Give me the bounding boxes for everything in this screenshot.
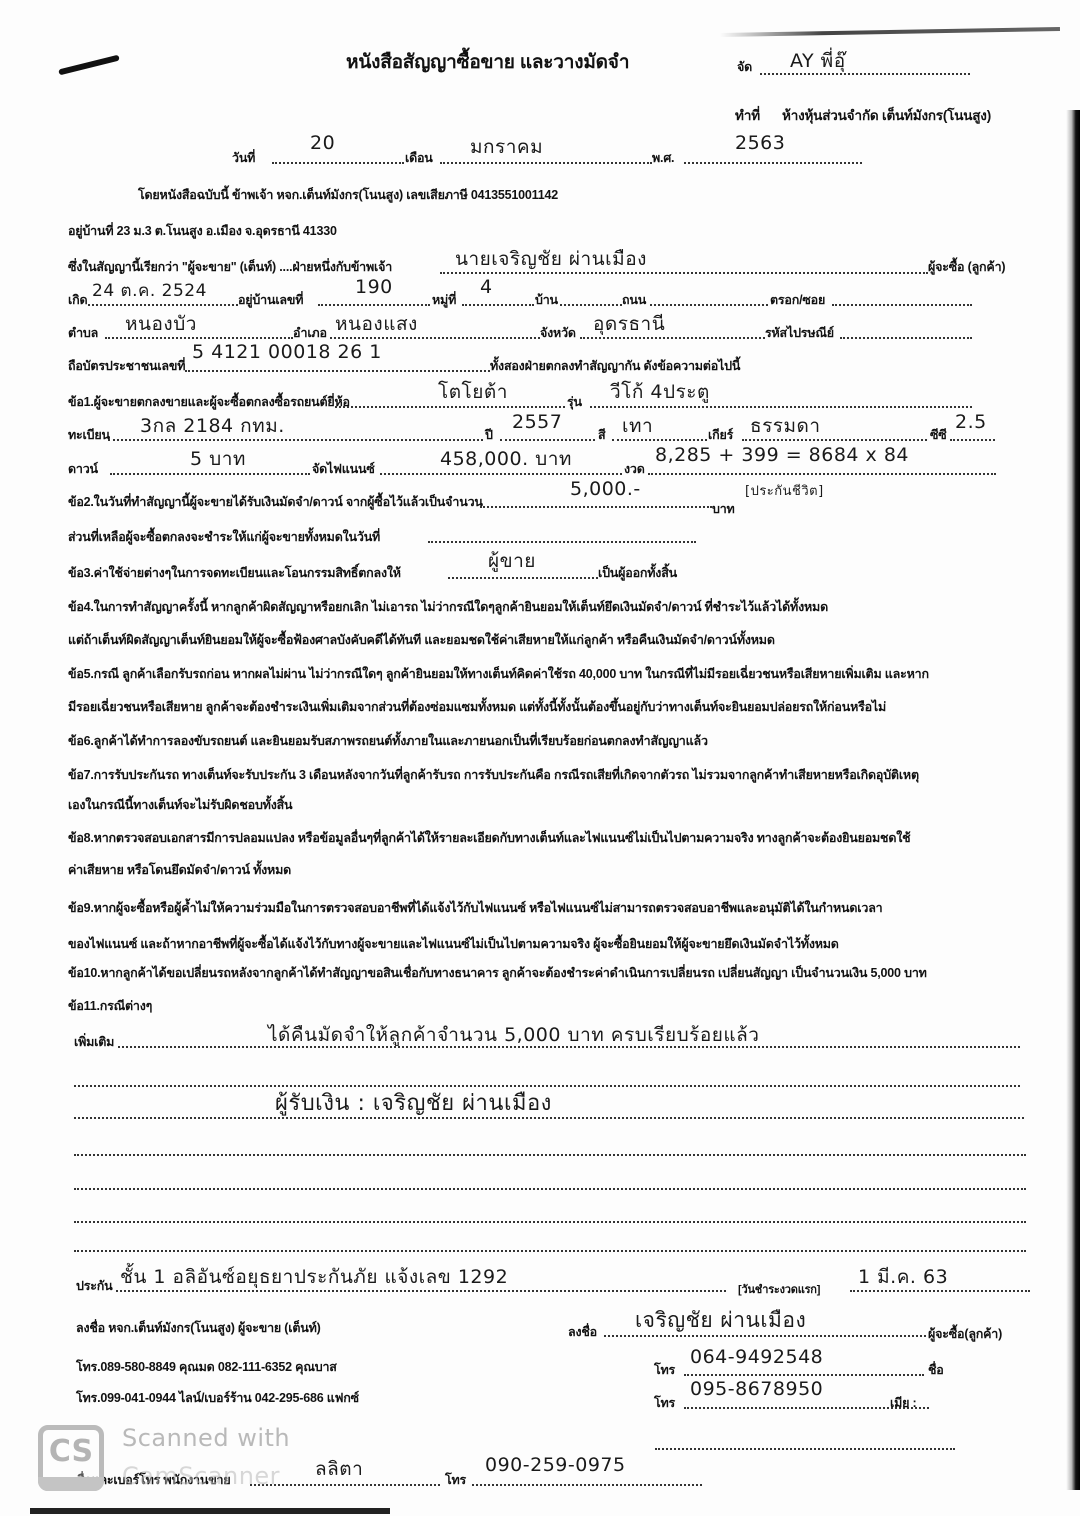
postcode-label: รหัสไปรษณีย์ — [765, 323, 834, 343]
clause-4-line-2: แต่ถ้าเต็นท์ผิดสัญญาเต็นท์ยินยอมให้ผู้จะ… — [68, 630, 775, 650]
clause-11: ข้อ11.กรณีต่างๆ — [68, 996, 152, 1016]
buyer-tel-label-1: โทร — [654, 1360, 675, 1380]
moo-value: 4 — [480, 276, 493, 298]
month-label: เดือน — [405, 148, 433, 168]
remaining-line — [428, 541, 696, 543]
fees-payer: ผู้ขาย — [488, 546, 536, 576]
shop-contact-line-2: โทร.099-041-0944 ไลน์/เบอร์ร้าน 042-295-… — [76, 1388, 359, 1408]
day-line — [272, 162, 404, 164]
deposit-amount: 5,000.- — [570, 478, 641, 500]
installment-label: งวด — [624, 459, 645, 479]
additional-line-7 — [74, 1250, 1026, 1252]
buyer-tel-line-1 — [684, 1374, 924, 1376]
salesperson-tel-label: โทร — [445, 1470, 466, 1490]
house-no-label: อยู่บ้านเลขที่ — [238, 290, 303, 310]
alley-label: ตรอก/ซอย — [770, 290, 825, 310]
district-label: อำเภอ — [293, 323, 327, 343]
seller-role-text: ซึ่งในสัญญานี้เรียกว่า "ผู้จะขาย" (เต็นท… — [68, 257, 392, 277]
house-no-line — [318, 304, 430, 306]
id-number: 5 4121 00018 26 1 — [192, 341, 382, 363]
id-line — [185, 370, 490, 372]
buyer-tel-1: 064-9492548 — [690, 1346, 823, 1368]
year-line — [684, 162, 862, 164]
additional-label: เพิ่มเติม — [74, 1032, 114, 1052]
first-payment-label: [วันชำระงวดแรก] — [738, 1280, 820, 1298]
clause-1-label: ข้อ1.ผู้จะขายตกลงขายและผู้จะซื้อตกลงซื้อ… — [68, 392, 350, 412]
vehicle-gear: ธรรมดา — [750, 411, 821, 441]
clause-10: ข้อ10.หากลูกค้าได้ขอเปลี่ยนรถหลังจากลูกค… — [68, 963, 927, 983]
finance-value: 458,000. บาท — [440, 444, 572, 474]
year-vehicle-label: ปี — [485, 425, 493, 445]
color-label: สี — [598, 425, 605, 445]
year-label: พ.ศ. — [652, 148, 674, 168]
village-label: บ้าน — [535, 290, 558, 310]
buyer-name: นายเจริญชัย ผ่านเมือง — [455, 244, 647, 274]
clause-5-line-2: มีรอยเฉี่ยวชนหรือเสียหาย ลูกค้าจะต้องชำร… — [68, 697, 886, 717]
watermark-line-2: CamScanner — [122, 1462, 280, 1490]
road-line — [650, 304, 768, 306]
vehicle-color: เทา — [622, 411, 653, 441]
cc-label: ซีซี — [930, 425, 947, 445]
watermark-line-1: Scanned with — [122, 1424, 290, 1452]
seller-intro: โดยหนังสือฉบับนี้ ข้าพเจ้า หจก.เต็นท์มัง… — [138, 185, 558, 205]
district-value: หนองแสง — [335, 309, 418, 339]
vehicle-model: วีโก้ 4ประตู — [610, 377, 710, 407]
month-line — [440, 162, 652, 164]
clause-7-line-2: เองในกรณีนี้ทางเต็นท์จะไม่รับผิดชอบทั้งส… — [68, 795, 292, 815]
finance-label: จัดไฟแนนซ์ — [312, 459, 375, 479]
buyer-role: ผู้จะซื้อ(ลูกค้า) — [928, 1324, 1002, 1344]
road-label: ถนน — [622, 290, 646, 310]
day-value: 20 — [310, 132, 335, 154]
house-no-value: 190 — [355, 276, 393, 298]
salesperson-name: ลลิตา — [315, 1454, 363, 1484]
buyer-tel-1-suffix: ชื่อ — [928, 1360, 944, 1380]
additional-line-5 — [74, 1188, 1026, 1190]
village-line — [560, 304, 622, 306]
birth-value: 24 ต.ค. 2524 — [92, 277, 207, 304]
deposit-line — [480, 506, 712, 508]
clause-9-line-1: ข้อ9.หากผู้จะซื้อหรือผู้ค้ำไม่ให้ความร่ว… — [68, 898, 882, 918]
installment-value: 8,285 + 399 = 8684 x 84 — [655, 444, 909, 466]
place-label: ทำที่ — [735, 104, 760, 126]
clause-2-label: ข้อ2.ในวันที่ทำสัญญานี้ผู้จะขายได้รับเงิ… — [68, 492, 483, 512]
province-value: อุดรธานี — [593, 309, 665, 339]
agreement-text: ทั้งสองฝ่ายตกลงทำสัญญากัน ดังข้อความต่อไ… — [490, 356, 740, 376]
additional-note-1: ได้คืนมัดจำให้ลูกค้าจำนวน 5,000 บาท ครบเ… — [268, 1020, 759, 1050]
plate-label: ทะเบียน — [68, 425, 110, 445]
extra-line — [655, 1448, 955, 1450]
document-title: หนังสือสัญญาซื้อขาย และวางมัดจำ — [346, 47, 629, 77]
additional-line-6 — [74, 1221, 1026, 1223]
buyer-tel-2-suffix: เมีย : — [890, 1393, 916, 1413]
seller-signature-label: ลงชื่อ หจก.เต็นท์มังกร(โนนสูง) ผู้จะขาย … — [76, 1318, 321, 1338]
vehicle-year: 2557 — [512, 411, 562, 433]
down-label: ดาวน์ — [68, 459, 98, 479]
first-payment-date: 1 มี.ค. 63 — [858, 1262, 948, 1292]
moo-label: หมู่ที่ — [432, 290, 456, 310]
additional-note-2: ผู้รับเงิน : เจริญชัย ผ่านเมือง — [275, 1085, 552, 1120]
clause-5-line-1: ข้อ5.กรณี ลูกค้าเลือกรับรถก่อน หากผลไม่ผ… — [68, 664, 929, 684]
down-value: 5 บาท — [190, 444, 246, 474]
moo-line — [462, 304, 534, 306]
shop-contact-line-1: โทร.089-580-8849 คุณมด 082-111-6352 คุณบ… — [76, 1357, 337, 1377]
clause-3-label: ข้อ3.ค่าใช้จ่ายต่างๆในการจดทะเบียนและโอน… — [68, 563, 401, 583]
postcode-line — [840, 337, 972, 339]
vehicle-brand: โตโยต้า — [438, 377, 508, 407]
clause-4-line-1: ข้อ4.ในการทำสัญญาครั้งนี้ หากลูกค้าผิดสั… — [68, 597, 828, 617]
deposit-note: [ประกันชีวิต] — [745, 480, 824, 501]
camscanner-logo-icon: CS — [38, 1425, 104, 1491]
scan-edge-top — [720, 27, 1060, 37]
installment-line — [648, 473, 996, 475]
clause-8-line-1: ข้อ8.หากตรวจสอบเอกสารมีการปลอมแปลง หรือข… — [68, 828, 910, 848]
by-label: จัด — [737, 57, 752, 77]
scan-edge-bottom — [30, 1508, 390, 1514]
vehicle-cc: 2.5 — [955, 411, 987, 433]
buyer-signature-label: ลงชื่อ — [568, 1322, 597, 1342]
model-label: รุ่น — [567, 392, 582, 412]
subdistrict-value: หนองบัว — [125, 309, 197, 339]
buyer-role-label: ผู้จะซื้อ (ลูกค้า) — [928, 257, 1005, 277]
place-value: ห้างหุ้นส่วนจำกัด เต็นท์มังกร(โนนสูง) — [782, 104, 991, 126]
alley-line — [832, 304, 972, 306]
id-label: ถือบัตรประชาชนเลขที่ — [68, 356, 185, 376]
day-label: วันที่ — [232, 148, 255, 168]
clause-9-line-2: ของไฟแนนซ์ และถ้าหากอาชีพที่ผู้จะซื้อได้… — [68, 934, 839, 954]
salesperson-tel-line — [472, 1484, 702, 1486]
buyer-tel-label-2: โทร — [654, 1393, 675, 1413]
fees-line — [448, 577, 598, 579]
contract-page: หนังสือสัญญาซื้อขาย และวางมัดจำ จัด AY พ… — [0, 0, 1080, 1516]
subdistrict-label: ตำบล — [68, 323, 98, 343]
salesperson-tel: 090-259-0975 — [485, 1454, 626, 1476]
buyer-tel-2: 095-8678950 — [690, 1378, 823, 1400]
additional-line-4 — [74, 1154, 1026, 1156]
birth-line — [88, 304, 238, 306]
scan-edge-shadow — [1066, 110, 1080, 1490]
deposit-unit: บาท — [712, 499, 735, 519]
province-label: จังหวัด — [540, 323, 576, 343]
birth-label: เกิด — [68, 290, 87, 310]
gear-label: เกียร์ — [708, 425, 733, 445]
clause-8-line-2: ค่าเสียหาย หรือโดนยึดมัดจำ/ดาวน์ ทั้งหมด — [68, 860, 291, 880]
year-value: 2563 — [735, 132, 785, 154]
vehicle-plate: 3กล 2184 กทม. — [140, 411, 285, 441]
seller-address: อยู่บ้านที่ 23 ม.3 ต.โนนสูง อ.เมือง จ.อุ… — [68, 221, 337, 241]
pen-stroke-mark — [58, 55, 120, 76]
buyer-signature: เจริญชัย ผ่านเมือง — [635, 1304, 806, 1337]
clause-6: ข้อ6.ลูกค้าได้ทำการลองขับรถยนต์ และยินยอ… — [68, 731, 708, 751]
vehicle-year-line — [500, 439, 595, 441]
by-value: AY พี่อุ๊ — [790, 46, 846, 76]
insurance-value: ชั้น 1 อลิอันซ์อยุธยาประกันภัย แจ้งเลข 1… — [120, 1262, 508, 1292]
clause-7-line-1: ข้อ7.การรับประกันรถ ทางเต็นท์จะรับประกัน… — [68, 765, 919, 785]
remaining-label: ส่วนที่เหลือผู้จะซื้อตกลงจะชำระให้แก่ผู้… — [68, 527, 380, 547]
month-value: มกราคม — [470, 132, 543, 162]
insurance-label: ประกัน — [76, 1276, 112, 1296]
cc-line — [950, 439, 995, 441]
clause-3-suffix: เป็นผู้ออกทั้งสิ้น — [598, 563, 677, 583]
